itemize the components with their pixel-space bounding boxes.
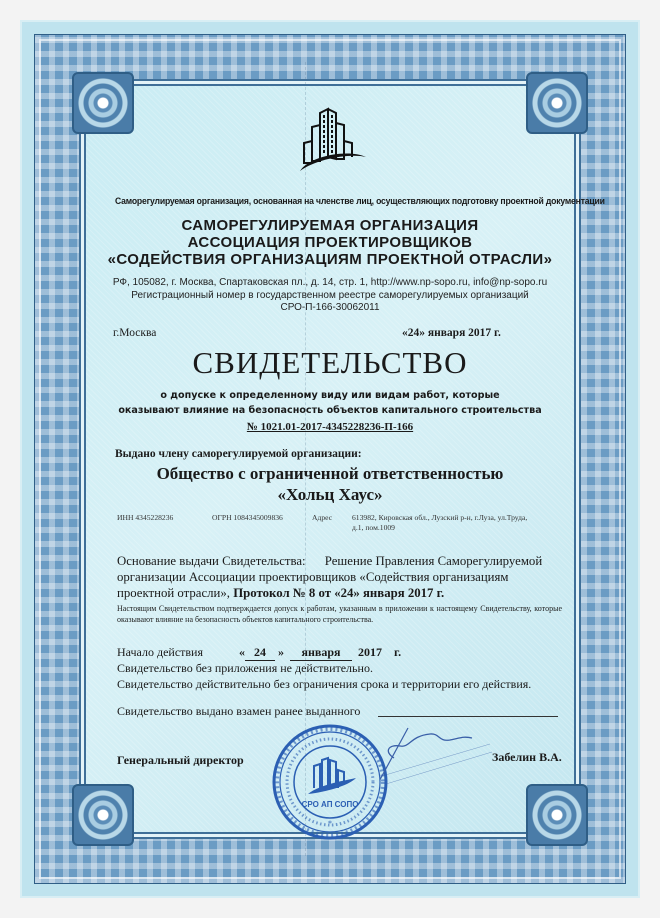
issue-city: г.Москва [113, 327, 156, 339]
director-title: Генеральный директор [117, 753, 244, 768]
company-name-line: «Хольц Хаус» [100, 484, 560, 505]
issued-to-label: Выдано члену саморегулируемой организаци… [115, 448, 362, 460]
issue-date: «24» января 2017 г. [402, 327, 501, 339]
validity-start-month: января [290, 645, 352, 661]
director-name: Забелин В.А. [492, 750, 562, 765]
replacement-blank-line [378, 716, 558, 717]
org-name-line: АССОЦИАЦИЯ ПРОЕКТИРОВЩИКОВ [100, 234, 560, 251]
certificate-number: № 1021.01-2017-4345228236-П-166 [100, 421, 560, 433]
validity-start-suffix: г. [394, 645, 401, 659]
org-name-line: «СОДЕЙСТВИЯ ОРГАНИЗАЦИЯМ ПРОЕКТНОЙ ОТРАС… [100, 251, 560, 268]
building-logo-icon [290, 105, 372, 177]
validity-start-day: 24 [245, 645, 275, 661]
company-address: 613982, Кировская обл., Лузский р-н, г.Л… [352, 513, 552, 533]
confirmation-note: Настоящим Свидетельством подтверждается … [117, 604, 562, 625]
org-tagline: Саморегулируемая организация, основанная… [115, 195, 520, 206]
issue-basis: Основание выдачи Свидетельства: Решение … [117, 553, 562, 601]
org-registry-number: СРО-П-166-30062011 [100, 302, 560, 315]
svg-text:СРО АП СОПО: СРО АП СОПО [302, 800, 359, 809]
inn: ИНН 4345228236 [117, 513, 173, 522]
org-name: САМОРЕГУЛИРУЕМАЯ ОРГАНИЗАЦИЯ АССОЦИАЦИЯ … [100, 217, 560, 268]
org-registry-label: Регистрационный номер в государственном … [100, 290, 560, 303]
validity-start: Начало действия «24 » января 2017 г. [117, 645, 401, 661]
validity-start-year: 2017 [358, 645, 382, 659]
validity-note-2: Свидетельство действительно без ограниче… [117, 677, 531, 692]
org-name-line: САМОРЕГУЛИРУЕМАЯ ОРГАНИЗАЦИЯ [100, 217, 560, 234]
protocol-reference: Протокол № 8 от «24» января 2017 г. [233, 586, 444, 600]
signature-icon [380, 726, 500, 786]
company-name-line: Общество с ограниченной ответственностью [100, 463, 560, 484]
org-address: РФ, 105082, г. Москва, Спартаковская пл.… [100, 277, 560, 315]
company-address-line: 613982, Кировская обл., Лузский р-н, г.Л… [352, 513, 552, 523]
ogrn: ОГРН 1084345009836 [212, 513, 283, 522]
validity-note-1: Свидетельство без приложения не действит… [117, 661, 373, 676]
document-subtitle: о допуске к определенному виду или видам… [100, 388, 560, 418]
issue-basis-label: Основание выдачи Свидетельства: [117, 554, 306, 568]
document-title: СВИДЕТЕЛЬСТВО [100, 345, 560, 381]
subtitle-line: о допуске к определенному виду или видам… [100, 388, 560, 403]
subtitle-line: оказывают влияние на безопасность объект… [100, 403, 560, 418]
svg-text:*: * [328, 819, 332, 828]
company-address-label: Адрес [312, 513, 332, 522]
replacement-label: Свидетельство выдано взамен ранее выданн… [117, 704, 360, 719]
stamp-seal-icon: СРО АП СОПО * [270, 722, 390, 842]
org-address-line: РФ, 105082, г. Москва, Спартаковская пл.… [100, 277, 560, 290]
company-address-line: д.1, пом.1009 [352, 523, 552, 533]
company-name: Общество с ограниченной ответственностью… [100, 463, 560, 505]
validity-start-label: Начало действия [117, 645, 203, 659]
